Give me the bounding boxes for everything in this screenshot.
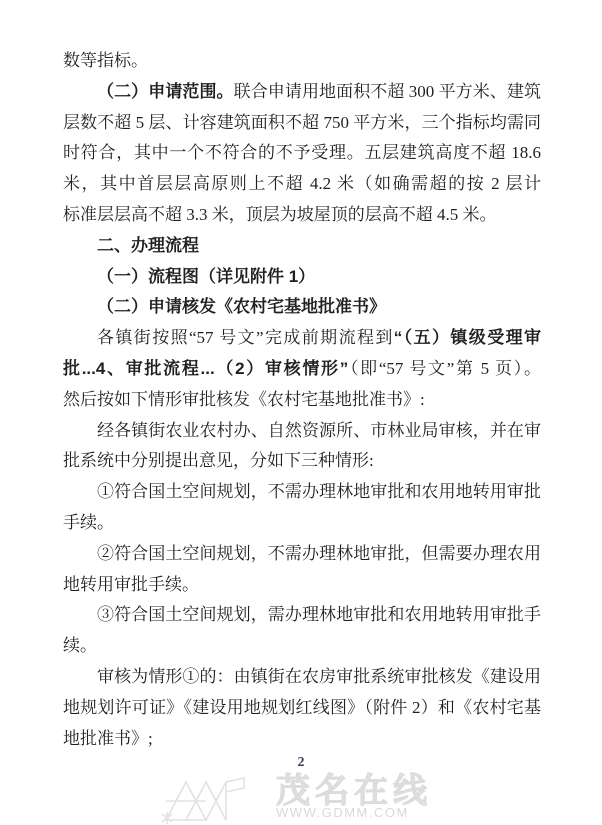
text-line: 各镇街按照“57 号文”完成前期流程到“（五）镇级受理审 [63, 323, 541, 354]
text-line: 地批准书》; [63, 724, 541, 755]
text-line: 数等指标。 [63, 46, 541, 77]
text-line: ③符合国土空间规划，需办理林地审批和农用地转用审批手 [63, 600, 541, 631]
watermark: 茂名在线 WWW.GDMM.COM [160, 774, 432, 824]
text-segment: 数等指标。 [63, 51, 148, 70]
bold-text-segment: “（五）镇级受理审 [394, 328, 541, 347]
text-segment: ①符合国土空间规划，不需办理林地审批和农用地转用审批 [97, 482, 541, 501]
text-line: 标准层层高不超 3.3 米，顶层为坡屋顶的层高不超 4.5 米。 [63, 200, 541, 231]
text-segment: 联合申请用地面积不超 300 平方米、建筑 [234, 82, 541, 101]
text-segment: 时符合，其中一个不符合的不予受理。五层建筑高度不超 18.6 [63, 143, 541, 162]
bold-text-segment: 批...4、审批流程...（2）审核情形” [63, 359, 348, 378]
watermark-url-text: WWW.GDMM.COM [276, 806, 432, 820]
text-segment: 米，其中首层层高原则上不超 4.2 米（如确需超的按 2 层计算）， [63, 174, 541, 200]
text-segment: 各镇街按照“57 号文”完成前期流程到 [97, 328, 394, 347]
page-number: 2 [0, 755, 602, 771]
text-line: 批...4、审批流程...（2）审核情形”（即“57 号文”第 5 页）。 [63, 354, 541, 385]
text-segment: ③符合国土空间规划，需办理林地审批和农用地转用审批手 [97, 605, 541, 624]
watermark-text-block: 茂名在线 WWW.GDMM.COM [276, 774, 432, 820]
bold-text-segment: （二）申请范围。 [97, 82, 234, 101]
watermark-lattice-logo-icon [160, 774, 264, 824]
text-line: 续。 [63, 631, 541, 662]
text-line: ②符合国土空间规划，不需办理林地审批，但需要办理农用 [63, 539, 541, 570]
text-segment: 层数不超 5 层、计容建筑面积不超 750 平方米，三个指标均需同 [63, 113, 541, 132]
text-segment: 地批准书》; [63, 729, 153, 748]
text-segment: 经各镇街农业农村办、自然资源所、市林业局审核，并在审 [97, 421, 541, 440]
text-segment: 手续。 [63, 513, 114, 532]
text-line: （二）申请核发《农村宅基地批准书》 [63, 292, 541, 323]
text-segment: 批系统中分别提出意见，分如下三种情形: [63, 451, 374, 470]
text-line: 批系统中分别提出意见，分如下三种情形: [63, 446, 541, 477]
bold-text-segment: （二）申请核发《农村宅基地批准书》 [97, 297, 386, 316]
watermark-brand-text: 茂名在线 [276, 774, 432, 808]
text-segment: 审核为情形①的：由镇街在农房审批系统审批核发《建设用 [97, 667, 541, 686]
text-line: （一）流程图（详见附件 1） [63, 262, 541, 293]
text-segment: （即“57 号文”第 5 页）。 [348, 359, 541, 378]
text-segment: 地规划许可证》《建设用地规划红线图》（附件 2）和《农村宅基 [63, 698, 541, 717]
bold-text-segment: 二、办理流程 [97, 236, 199, 255]
text-segment: 续。 [63, 636, 97, 655]
document-body: 数等指标。（二）申请范围。联合申请用地面积不超 300 平方米、建筑层数不超 5… [63, 46, 541, 754]
text-line: 二、办理流程 [63, 231, 541, 262]
text-line: 然后按如下情形审批核发《农村宅基地批准书》: [63, 385, 541, 416]
document-page: 数等指标。（二）申请范围。联合申请用地面积不超 300 平方米、建筑层数不超 5… [0, 0, 602, 825]
text-line: 地转用审批手续。 [63, 570, 541, 601]
text-line: 时符合，其中一个不符合的不予受理。五层建筑高度不超 18.6 [63, 138, 541, 169]
text-line: 手续。 [63, 508, 541, 539]
text-line: 层数不超 5 层、计容建筑面积不超 750 平方米，三个指标均需同 [63, 108, 541, 139]
text-line: 审核为情形①的：由镇街在农房审批系统审批核发《建设用 [63, 662, 541, 693]
text-line: 经各镇街农业农村办、自然资源所、市林业局审核，并在审 [63, 416, 541, 447]
text-segment: ②符合国土空间规划，不需办理林地审批，但需要办理农用 [97, 544, 541, 563]
bold-text-segment: （一）流程图（详见附件 1） [97, 267, 315, 286]
text-segment: 地转用审批手续。 [63, 575, 199, 594]
text-line: 地规划许可证》《建设用地规划红线图》（附件 2）和《农村宅基 [63, 693, 541, 724]
text-line: （二）申请范围。联合申请用地面积不超 300 平方米、建筑 [63, 77, 541, 108]
text-segment: 然后按如下情形审批核发《农村宅基地批准书》: [63, 390, 425, 409]
text-segment: 标准层层高不超 3.3 米，顶层为坡屋顶的层高不超 4.5 米。 [63, 205, 497, 224]
text-line: ①符合国土空间规划，不需办理林地审批和农用地转用审批 [63, 477, 541, 508]
text-line: 米，其中首层层高原则上不超 4.2 米（如确需超的按 2 层计算）， [63, 169, 541, 200]
